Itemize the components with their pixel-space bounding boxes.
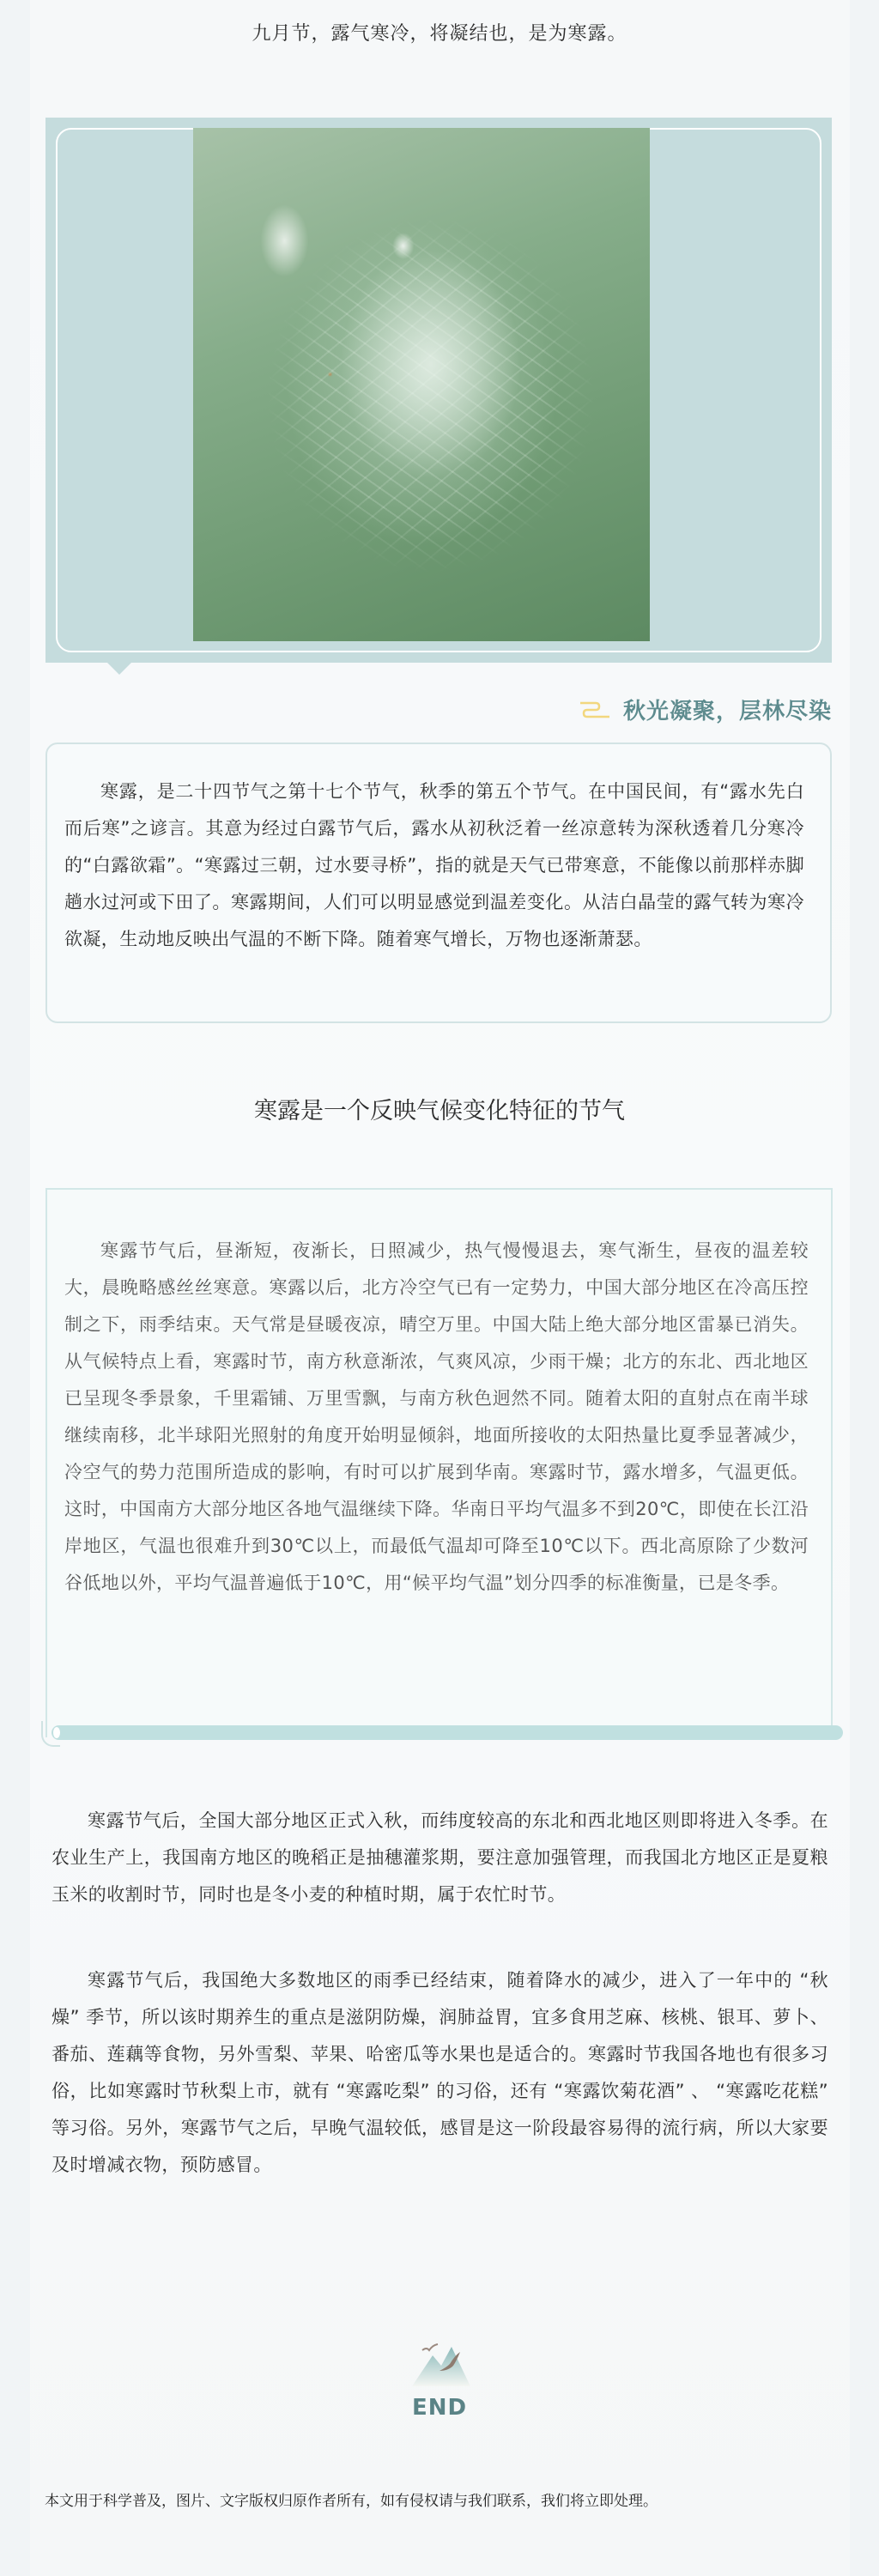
fern-texture: [193, 128, 650, 641]
intro-text-box: 寒露，是二十四节气之第十七个节气，秋季的第五个节气。在中国民间，有“露水先白而后…: [45, 742, 832, 1023]
climate-paragraph: 寒露节气后，昼渐短，夜渐长，日照减少，热气慢慢退去，寒气渐生，昼夜的温差较大，晨…: [47, 1190, 831, 1602]
photo-pointer-notch: [107, 663, 131, 675]
subtitle-text: 秋光凝聚，层林尽染: [623, 694, 832, 725]
health-customs-section: 寒露节气后，我国绝大多数地区的雨季已经结束，随着降水的减少，进入了一年中的 “秋…: [52, 1962, 828, 2184]
agriculture-section: 寒露节气后，全国大部分地区正式入秋，而纬度较高的东北和西北地区则即将进入冬季。在…: [52, 1803, 828, 1913]
section-subtitle: 秋光凝聚，层林尽染: [579, 694, 832, 725]
climate-text-box: 寒露节气后，昼渐短，夜渐长，日照减少，热气慢慢退去，寒气渐生，昼夜的温差较大，晨…: [45, 1188, 833, 1737]
scroll-rod-ornament: [52, 1725, 843, 1740]
scroll-ornament-icon: [579, 700, 611, 719]
photo-frame: [45, 118, 832, 663]
copyright-notice: 本文用于科学普及，图片、文字版权归原作者所有，如有侵权请与我们联系，我们将立即处…: [45, 2488, 852, 2510]
intro-paragraph: 寒露，是二十四节气之第十七个节气，秋季的第五个节气。在中国民间，有“露水先白而后…: [47, 744, 830, 958]
scroll-rod-end: [53, 1727, 60, 1738]
mountains-birds-icon: [405, 2333, 474, 2393]
section-heading: 寒露是一个反映气候变化特征的节气: [0, 1092, 879, 1125]
intro-line: 九月节，露气寒冷，将凝结也，是为寒露。: [0, 19, 879, 45]
health-customs-paragraph: 寒露节气后，我国绝大多数地区的雨季已经结束，随着降水的减少，进入了一年中的 “秋…: [52, 1962, 828, 2184]
dewy-fern-photo: [193, 128, 650, 641]
end-marker: END: [0, 2333, 879, 2421]
end-text: END: [0, 2395, 879, 2421]
agriculture-paragraph: 寒露节气后，全国大部分地区正式入秋，而纬度较高的东北和西北地区则即将进入冬季。在…: [52, 1803, 828, 1913]
